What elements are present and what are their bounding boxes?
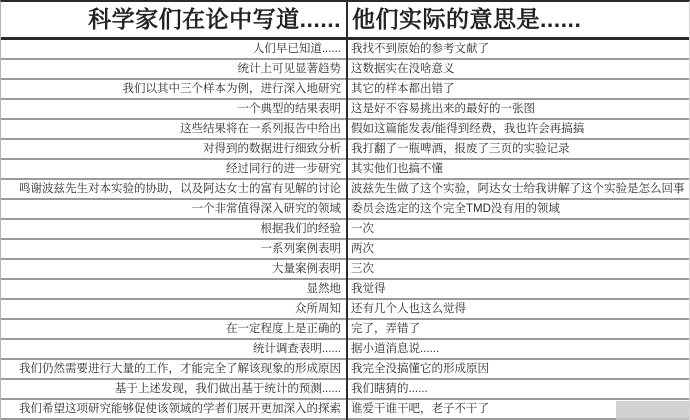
meant-cell: 还有几个人也这么觉得 [346,300,689,318]
written-cell: 我们仍然需要进行大量的工作，才能完全了解该现象的形成原因 [1,360,346,378]
table-row: 众所周知 还有几个人也这么觉得 [1,300,689,320]
meant-cell: 我找不到原始的参考文献了 [346,40,689,58]
table-row: 我们希望这项研究能够促使该领域的学者们展开更加深入的探索 谁爱干谁干吧，老子不干… [1,400,689,420]
table-row: 我们仍然需要进行大量的工作，才能完全了解该现象的形成原因 我完全没搞懂它的形成原… [1,360,689,380]
written-cell: 这些结果将在一系列报告中给出 [1,120,346,138]
header-meant-column: 他们实际的意思是...... [346,2,689,37]
table-row: 一系列案例表明 两次 [1,240,689,260]
written-cell: 我们以其中三个样本为例，进行深入地研究 [1,80,346,98]
table-row: 经过同行的进一步研究 其实他们也搞不懂 [1,160,689,180]
written-cell: 显然地 [1,280,346,298]
written-cell: 统计上可见显著趋势 [1,60,346,78]
scan-artifact [616,401,689,420]
meant-cell: 其它的样本都出错了 [346,80,689,98]
written-cell: 基于上述发现，我们做出基于统计的预测...... [1,380,346,398]
table-row: 统计调查表明...... 据小道消息说...... [1,340,689,360]
written-cell: 大量案例表明 [1,260,346,278]
table-row: 在一定程度上是正确的 完了，弄错了 [1,320,689,340]
table-row: 显然地 我觉得 [1,280,689,300]
written-cell: 众所周知 [1,300,346,318]
meant-cell: 完了，弄错了 [346,320,689,338]
table-row: 我们以其中三个样本为例，进行深入地研究 其它的样本都出错了 [1,80,689,100]
table-row: 人们早已知道...... 我找不到原始的参考文献了 [1,40,689,60]
table-row: 一个非常值得深入研究的领域 委员会选定的这个完全TMD没有用的领域 [1,200,689,220]
meant-cell: 两次 [346,240,689,258]
written-cell: 鸣谢波兹先生对本实验的协助，以及阿达女士的富有见解的讨论 [1,180,346,198]
table-row: 基于上述发现，我们做出基于统计的预测...... 我们瞎猜的...... [1,380,689,400]
header-written-column: 科学家们在论中写道...... [1,2,346,37]
table-row: 一个典型的结果表明 这是好不容易挑出来的最好的一张图 [1,100,689,120]
written-cell: 根据我们的经验 [1,220,346,238]
meant-cell: 据小道消息说...... [346,340,689,358]
written-cell: 人们早已知道...... [1,40,346,58]
meant-cell: 这数据实在没啥意义 [346,60,689,78]
table-row: 对得到的数据进行细致分析 我打翻了一瓶啤酒，报废了三页的实验记录 [1,140,689,160]
written-cell: 一系列案例表明 [1,240,346,258]
table-row: 鸣谢波兹先生对本实验的协助，以及阿达女士的富有见解的讨论 波兹先生做了这个实验，… [1,180,689,200]
column-divider [346,2,348,420]
table-row: 统计上可见显著趋势 这数据实在没啥意义 [1,60,689,80]
scientist-paper-translation-table: 科学家们在论中写道...... 他们实际的意思是...... 人们早已知道...… [0,0,690,420]
meant-cell: 我打翻了一瓶啤酒，报废了三页的实验记录 [346,140,689,158]
table-row: 大量案例表明 三次 [1,260,689,280]
meant-cell: 我完全没搞懂它的形成原因 [346,360,689,378]
table-row: 这些结果将在一系列报告中给出 假如这篇能发表/能得到经费，我也许会再搞搞 [1,120,689,140]
meant-cell: 委员会选定的这个完全TMD没有用的领域 [346,200,689,218]
written-cell: 统计调查表明...... [1,340,346,358]
meant-cell: 我觉得 [346,280,689,298]
meant-cell: 波兹先生做了这个实验，阿达女士给我讲解了这个实验是怎么回事 [346,180,689,198]
meant-cell: 假如这篇能发表/能得到经费，我也许会再搞搞 [346,120,689,138]
table-header-row: 科学家们在论中写道...... 他们实际的意思是...... [1,2,689,40]
written-cell: 经过同行的进一步研究 [1,160,346,178]
written-cell: 在一定程度上是正确的 [1,320,346,338]
meant-cell: 一次 [346,220,689,238]
written-cell: 一个典型的结果表明 [1,100,346,118]
written-cell: 对得到的数据进行细致分析 [1,140,346,158]
table-row: 根据我们的经验 一次 [1,220,689,240]
meant-cell: 三次 [346,260,689,278]
meant-cell: 这是好不容易挑出来的最好的一张图 [346,100,689,118]
meant-cell: 其实他们也搞不懂 [346,160,689,178]
meant-cell: 我们瞎猜的...... [346,380,689,398]
written-cell: 一个非常值得深入研究的领域 [1,200,346,218]
written-cell: 我们希望这项研究能够促使该领域的学者们展开更加深入的探索 [1,400,346,418]
